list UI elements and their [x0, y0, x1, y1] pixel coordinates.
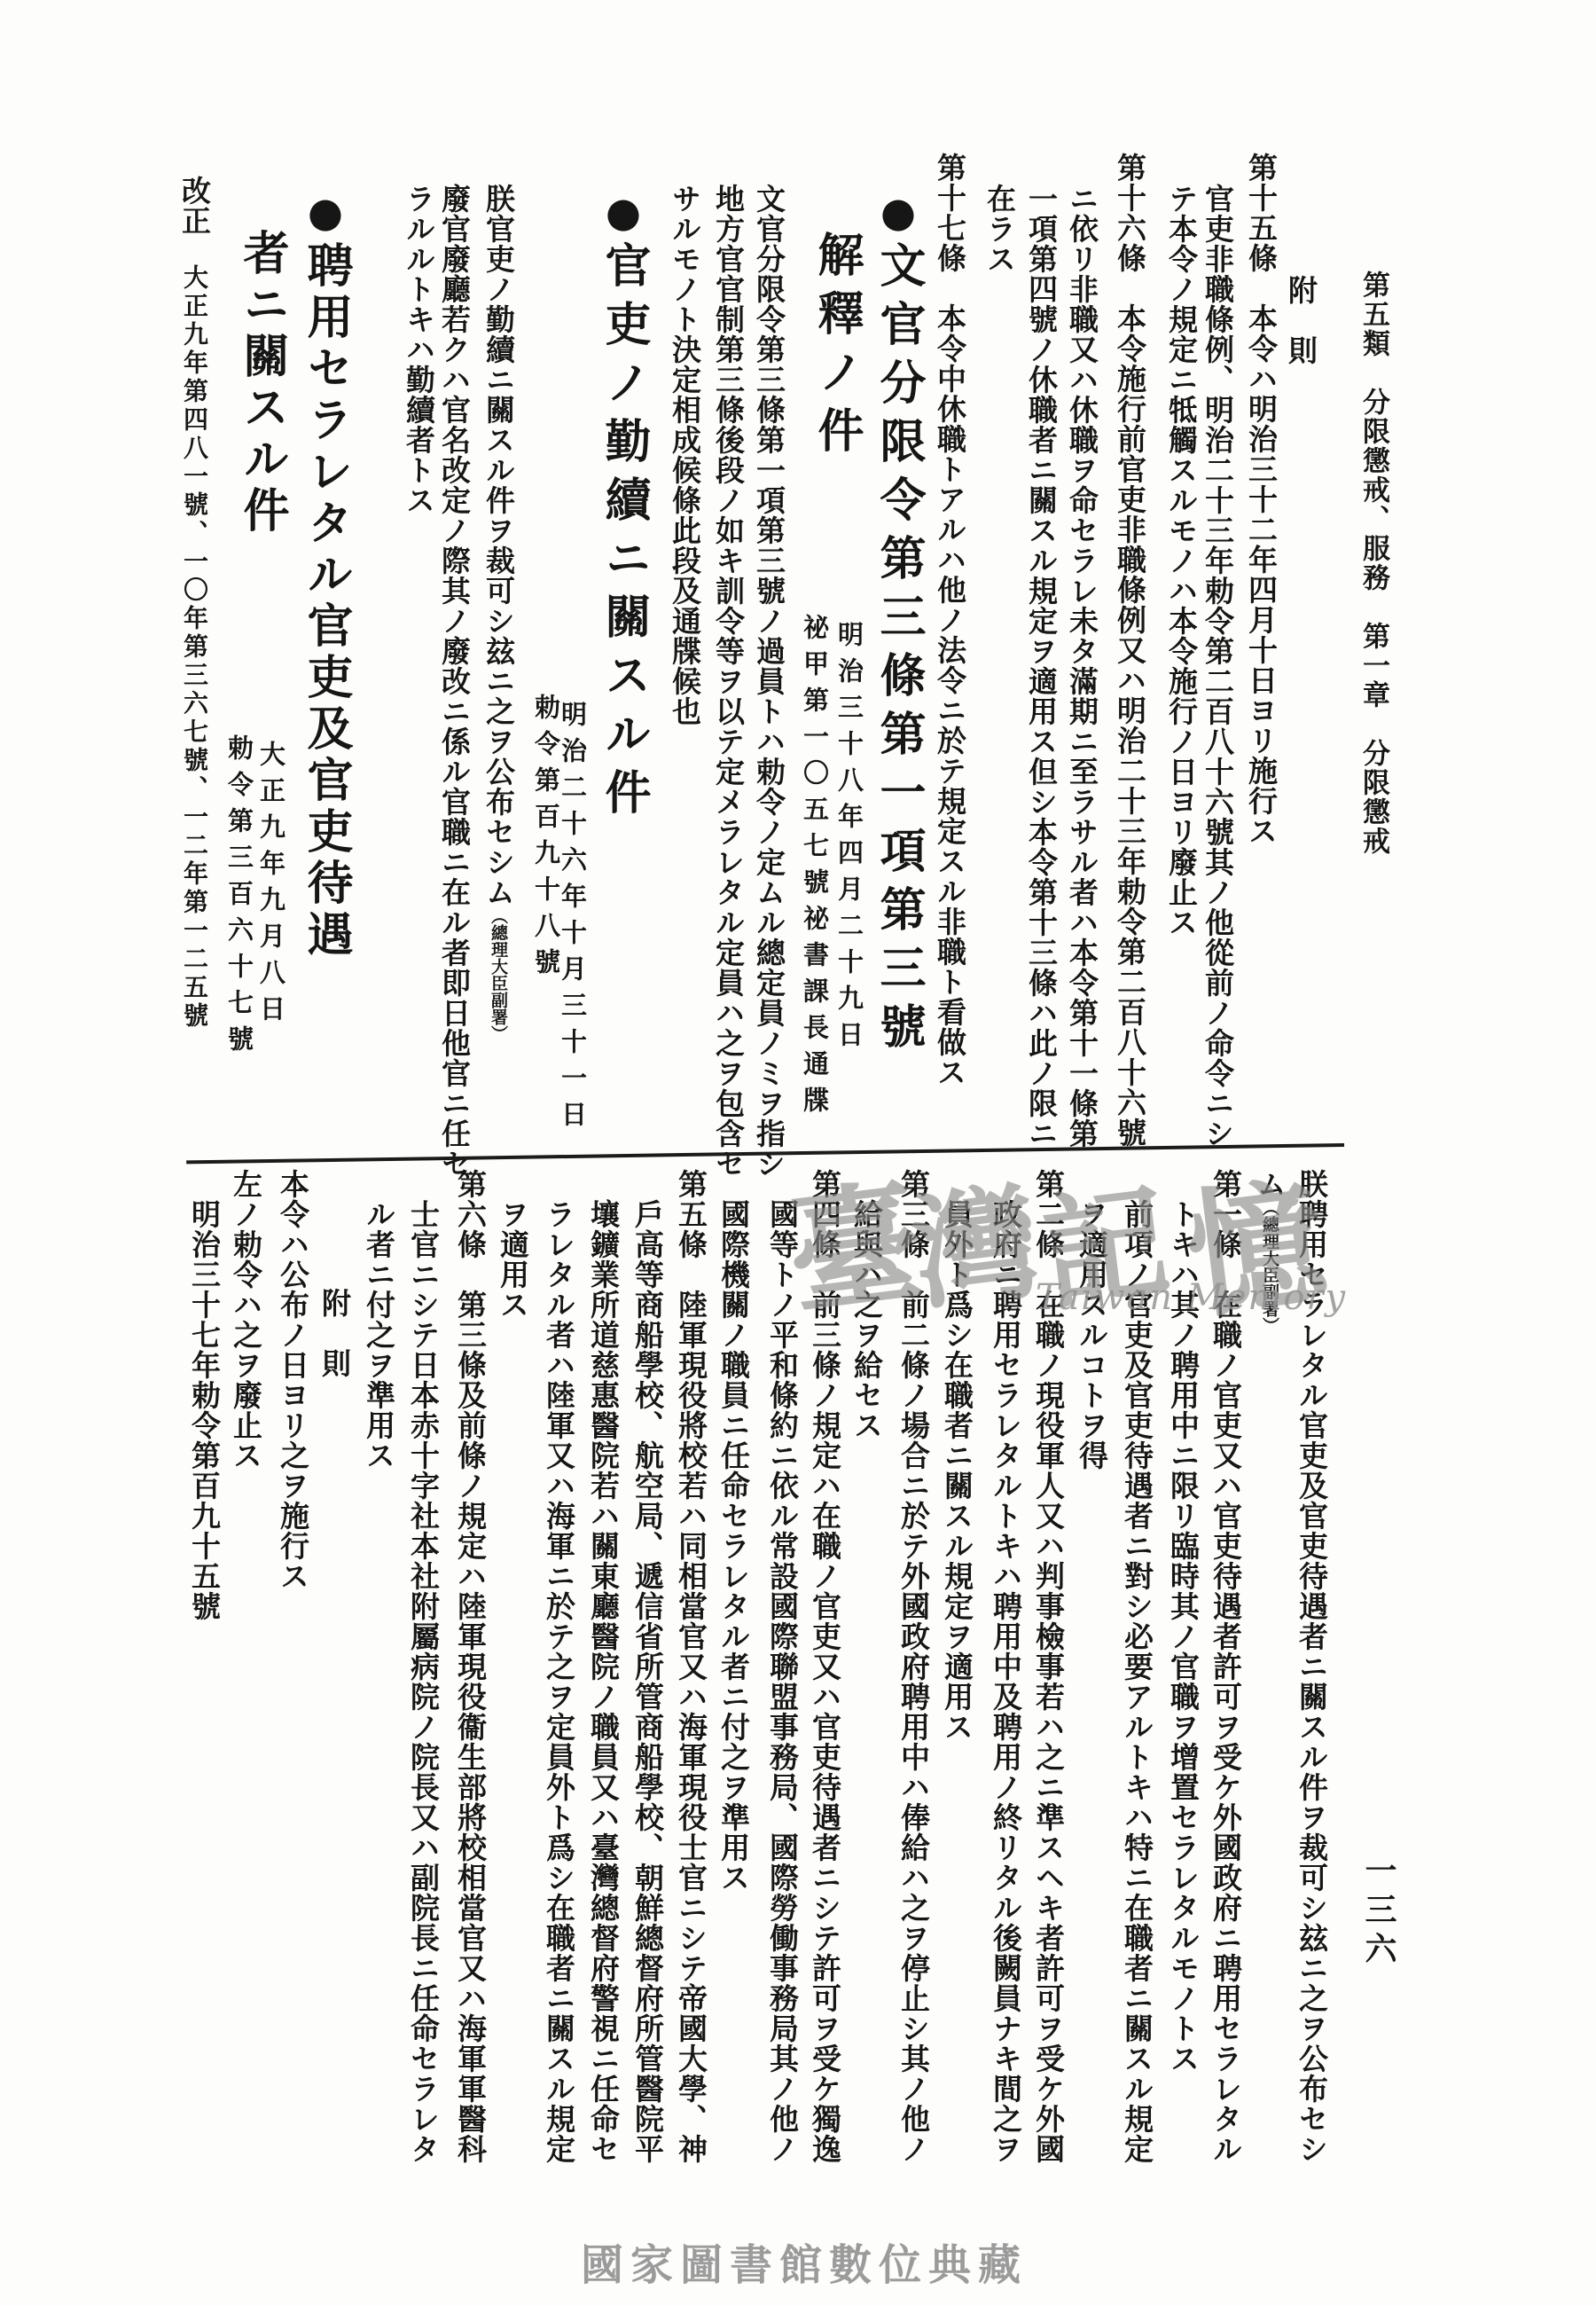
text-column-fusoku: 附 則 — [314, 1288, 356, 1378]
text-column-imperial-sanction: 朕官吏ノ勤續ニ關スル件ヲ裁可シ玆ニ之ヲ公布セシム（總理大臣副署） — [478, 184, 520, 1042]
section-heading-text: 文官分限令第三條第一項第三號 — [872, 241, 926, 1061]
text-column: 左ノ勅令ハ之ヲ廢止ス — [225, 1169, 267, 1471]
signature-note: （總理大臣副署） — [489, 907, 508, 1042]
running-header: 第五類 分限懲戒、服務 第一章 分限懲戒 — [1354, 271, 1394, 856]
revision-note: 大正九年第四八一號、一〇年第三六七號、一二年第一二五號 — [180, 236, 209, 1031]
section-heading-heiyo-line2: 者ニ關スル件 — [229, 229, 295, 537]
text-column: ラレタル者ハ陸軍又ハ海軍ニ於テ之ヲ定員外ト爲シ在職者ニ關スル規定 — [538, 1199, 580, 2164]
document-page: 第五類 分限懲戒、服務 第一章 分限懲戒 附 則 第十五條 本令ハ明治三十二年四… — [0, 0, 1596, 2306]
column-text: 朕官吏ノ勤續ニ關スル件ヲ裁可シ玆ニ之ヲ公布セシム — [481, 184, 516, 907]
text-column: ル者ニ付之ヲ準用ス — [358, 1199, 400, 1471]
text-column: 在ラス — [979, 184, 1021, 274]
text-column: 官吏非職條例、明治二十三年勅令第二百八十六號其ノ他從前ノ命令ニシ — [1197, 184, 1239, 1149]
text-column: 國際機關ノ職員ニ任命セラレタル者ニ付之ヲ準用ス — [713, 1199, 755, 1893]
text-column: ヲ適用ス — [492, 1199, 534, 1320]
text-column: 明治三十七年勅令第百九十五號 — [184, 1199, 225, 1621]
section-heading-text: 官吏ノ勤續ニ關スル件 — [597, 241, 651, 827]
revision-note-column: 改正 大正九年第四八一號、一〇年第三六七號、一二年第一二五號 — [174, 176, 215, 1031]
text-column: 士官ニシテ日本赤十字社本社附屬病院ノ院長又ハ副院長ニ任命セラレタ — [403, 1199, 444, 2164]
date-column: 明治三十八年四月二十九日 — [832, 621, 868, 1057]
text-column: 國等トノ平和條約ニ依ル常設國際聯盟事務局、國際勞働事務局其ノ他ノ — [762, 1199, 803, 2164]
text-column: 廢官廢廳若クハ官名改定ノ際其ノ廢改ニ係ル官職ニ在ル者即日他官ニ任セ — [434, 184, 475, 1179]
text-column: 壤鑛業所道慈惠醫院若ハ關東廳醫院ノ職員又ハ臺灣總督府警視ニ任命セ — [583, 1199, 624, 2164]
column-text: 改正 — [177, 176, 212, 236]
text-column: 前項ノ官吏及官吏待遇者ニ對シ必要アルトキハ特ニ在職者ニ關スル規定 — [1116, 1199, 1158, 2164]
text-column: 地方官官制第三條後段ノ如キ訓令等ヲ以テ定メラレタル定員ハ之ヲ包含セ — [708, 184, 749, 1179]
footer-caption: 國家圖書館數位典藏 — [581, 2231, 1028, 2292]
text-column: 一項第四號ノ休職者ニ關スル規定ヲ適用ス但シ本令第十三條ハ此ノ限ニ — [1021, 184, 1062, 1149]
text-column-article17: 第十七條 本令中休職トアルハ他ノ法令ニ於テ規定スル非職ト看做ス — [929, 153, 971, 1087]
text-column: 文官分限令第三條第一項第三號ノ過員トハ勅令ノ定ムル總定員ノミヲ指シ — [748, 184, 790, 1179]
section-heading-kaishaku: 解釋ノ件 — [803, 231, 870, 465]
text-column: 戶高等商船學校、航空局、遞信省所管商船學校、朝鮮總督府所管醫院平 — [627, 1199, 669, 2164]
text-column: テ本令ノ規定ニ牴觸スルモノハ本令施行ノ日ヨリ廢止ス — [1161, 184, 1202, 937]
page-number: 一三六 — [1357, 1854, 1402, 1971]
text-column: ラルルトキハ勤續者トス — [398, 184, 440, 515]
section-heading-heiyo: ●聘用セラレタル官吏及官吏待遇 — [293, 188, 359, 961]
text-column-article6: 第六條 第三條及前條ノ規定ハ陸軍現役衞生部將校相當官又ハ海軍軍醫科 — [450, 1169, 491, 2164]
text-column-fusoku: 附 則 — [1280, 275, 1322, 365]
section-bullet-icon: ● — [874, 188, 922, 241]
section-heading-bunkan-bungenrei: ●文官分限令第三條第一項第三號 — [865, 188, 932, 1061]
text-column: ニ依リ非職又ハ休職ヲ命セラレ未タ滿期ニ至ラサル者ハ本令第十一條第 — [1061, 184, 1103, 1149]
date-column: 大正九年九月八日 — [254, 741, 290, 1031]
text-column-article15: 第十五條 本令ハ明治三十二年四月十日ヨリ施行ス — [1240, 153, 1282, 846]
text-column-article5: 第五條 陸軍現役將校若ハ同相當官又ハ海軍現役士官ニシテ帝國大學、神 — [670, 1169, 712, 2164]
text-column-article16: 第十六條 本令施行前官吏非職條例又ハ明治二十三年勅令第二百八十六號 — [1109, 153, 1151, 1148]
section-bullet-icon: ● — [301, 188, 349, 241]
text-column: 政府ニ聘用セラレタルトキハ聘用中及聘用ノ終リタル後闕員ナキ間之ヲ — [985, 1199, 1027, 2164]
ordinance-number-column: 勅令第三百六十七號 — [222, 734, 258, 1062]
ordinance-number-column: 勅令第百九十八號 — [528, 694, 565, 984]
taiwan-memory-watermark-char: 灣 — [903, 1142, 1047, 1335]
ordinance-number-column: 祕甲第一〇五七號祕書課長通牒 — [797, 614, 833, 1123]
section-bullet-icon: ● — [599, 188, 647, 241]
section-heading-kanri-kinzoku: ●官吏ノ勤續ニ關スル件 — [591, 188, 657, 827]
text-column: サルモノト決定相成候條此段及通牒候也 — [664, 184, 706, 726]
section-heading-text: 聘用セラレタル官吏及官吏待遇 — [299, 241, 353, 961]
taiwan-memory-watermark-latin: Taiwan Memory — [1036, 1277, 1347, 1318]
text-column: 本令ハ公布ノ日ヨリ之ヲ施行ス — [272, 1169, 314, 1591]
